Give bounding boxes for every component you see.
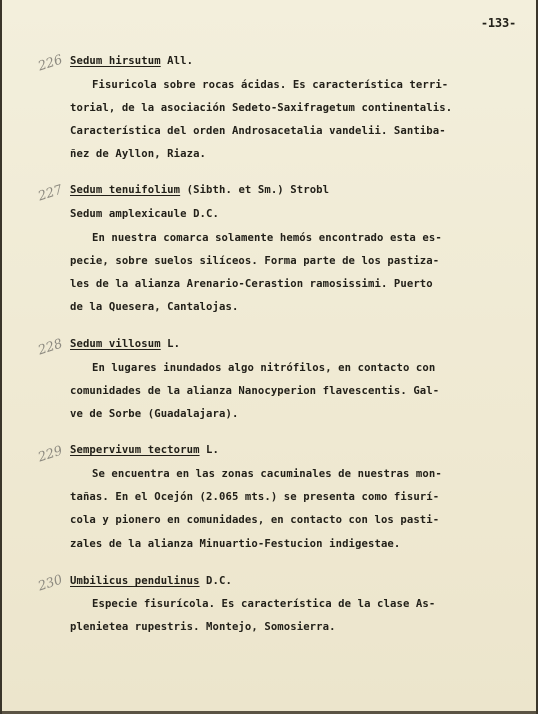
text-line: Especie fisurícola. Es característica de… (92, 598, 435, 610)
handwritten-annotation: 230 (36, 573, 64, 595)
species-heading: Sedum villosum L. (70, 338, 180, 350)
handwritten-annotation: 229 (36, 444, 64, 466)
text-line: Se encuentra en las zonas cacuminales de… (92, 468, 442, 480)
species-heading: Umbilicus pendulinus D.C. (70, 575, 232, 587)
species-author: All. (161, 55, 193, 67)
handwritten-annotation: 227 (36, 183, 64, 205)
species-name: Sedum hirsutum (70, 55, 161, 67)
text-line: En nuestra comarca solamente hemós encon… (92, 232, 442, 244)
text-line: de la Quesera, Cantalojas. (70, 301, 238, 313)
species-heading: Sedum hirsutum All. (70, 55, 193, 67)
species-name: Umbilicus pendulinus (70, 575, 200, 587)
text-line: Característica del orden Androsacetalia … (70, 125, 446, 137)
species-author: (Sibth. et Sm.) Strobl (180, 184, 329, 196)
text-line: plenietea rupestris. Montejo, Somosierra… (70, 621, 336, 633)
handwritten-annotation: 228 (36, 337, 64, 359)
species-heading: Sempervivum tectorum L. (70, 444, 219, 456)
handwritten-annotation: 226 (36, 53, 64, 75)
species-name: Sedum tenuifolium (70, 184, 180, 196)
text-line: torial, de la asociación Sedeto-Saxifrag… (70, 102, 452, 114)
text-line: Fisuricola sobre rocas ácidas. Es caract… (92, 79, 448, 91)
text-line: tañas. En el Ocejón (2.065 mts.) se pres… (70, 491, 439, 503)
text-line: les de la alianza Arenario-Cerastion ram… (70, 278, 433, 290)
page-number: -133- (481, 16, 516, 30)
species-name: Sempervivum tectorum (70, 444, 200, 456)
species-author: L. (200, 444, 219, 456)
text-line: ñez de Ayllon, Riaza. (70, 148, 206, 160)
species-author: D.C. (200, 575, 232, 587)
text-line: comunidades de la alianza Nanocyperion f… (70, 385, 439, 397)
document-page: -133- 226 Sedum hirsutum All. Fisuricola… (0, 0, 538, 714)
text-line: cola y pionero en comunidades, en contac… (70, 514, 439, 526)
text-line: zales de la alianza Minuartio-Festucion … (70, 538, 400, 550)
text-line: ve de Sorbe (Guadalajara). (70, 408, 238, 420)
species-heading: Sedum tenuifolium (Sibth. et Sm.) Strobl (70, 184, 329, 196)
species-name: Sedum villosum (70, 338, 161, 350)
species-author: L. (161, 338, 180, 350)
text-line: pecie, sobre suelos silíceos. Forma part… (70, 255, 439, 267)
synonym-line: Sedum amplexicaule D.C. (70, 208, 219, 220)
text-line: En lugares inundados algo nitrófilos, en… (92, 362, 435, 374)
